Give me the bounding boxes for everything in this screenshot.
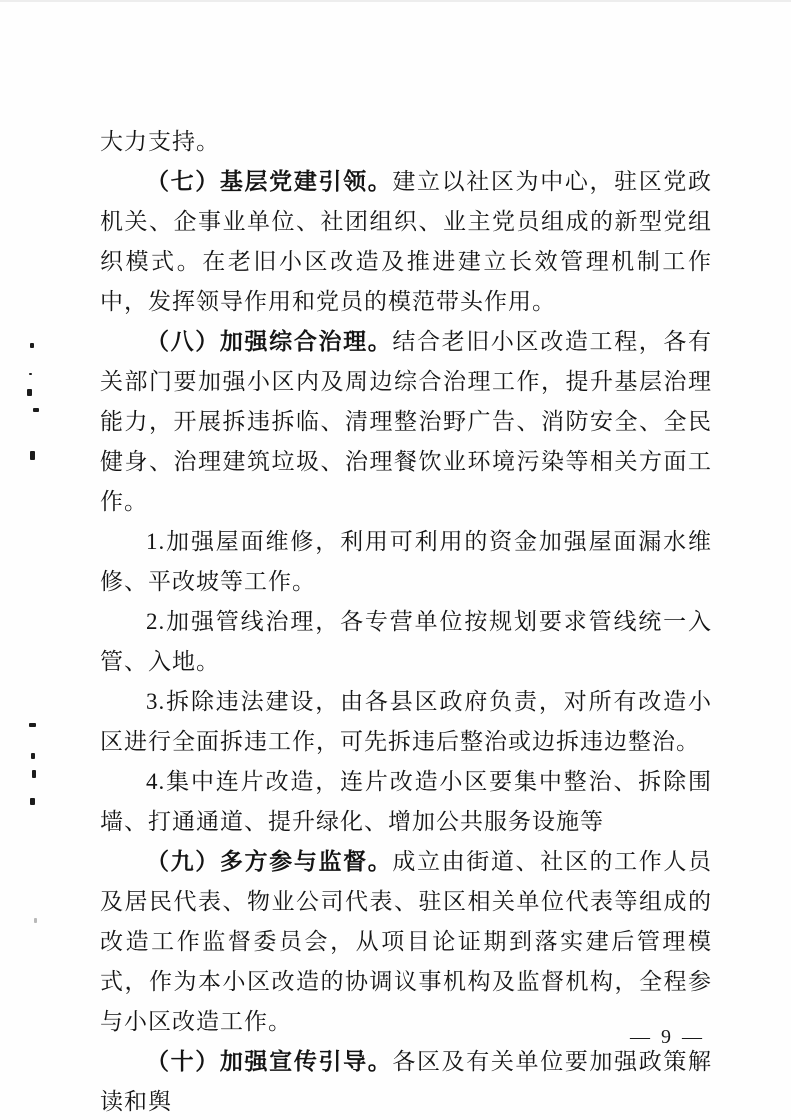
paragraph-section-9: （九）多方参与监督。成立由街道、社区的工作人员及居民代表、物业公司代表、驻区相关… bbox=[100, 842, 712, 1042]
section-heading: （七）基层党建引领。 bbox=[146, 169, 392, 194]
paragraph-section-7: （七）基层党建引领。建立以社区为中心，驻区党政机关、企事业单位、社团组织、业主党… bbox=[100, 162, 712, 322]
paragraph-text: 2.加强管线治理，各专营单位按规划要求管线统一入管、入地。 bbox=[100, 609, 712, 674]
scan-artifact bbox=[32, 770, 36, 778]
paragraph-item-2: 2.加强管线治理，各专营单位按规划要求管线统一入管、入地。 bbox=[100, 602, 712, 682]
paragraph-text: 4.集中连片改造，连片改造小区要集中整治、拆除围墙、打通通道、提升绿化、增加公共… bbox=[100, 769, 712, 834]
paragraph-text: 3.拆除违法建设，由各县区政府负责，对所有改造小区进行全面拆违工作，可先拆违后整… bbox=[100, 689, 712, 754]
document-body: 大力支持。 （七）基层党建引领。建立以社区为中心，驻区党政机关、企事业单位、社团… bbox=[100, 122, 712, 1120]
scan-artifact bbox=[30, 451, 35, 460]
paragraph-item-1: 1.加强屋面维修，利用可利用的资金加强屋面漏水维修、平改坡等工作。 bbox=[100, 522, 712, 602]
scan-artifact bbox=[29, 723, 36, 727]
scan-artifact bbox=[27, 389, 32, 396]
paragraph-continuation: 大力支持。 bbox=[100, 122, 712, 162]
paragraph-section-10: （十）加强宣传引导。各区及有关单位要加强政策解读和舆 bbox=[100, 1042, 712, 1120]
scan-artifact bbox=[31, 753, 35, 759]
document-page: 大力支持。 （七）基层党建引领。建立以社区为中心，驻区党政机关、企事业单位、社团… bbox=[0, 0, 791, 1120]
section-heading: （八）加强综合治理。 bbox=[146, 329, 392, 354]
paragraph-item-3: 3.拆除违法建设，由各县区政府负责，对所有改造小区进行全面拆违工作，可先拆违后整… bbox=[100, 682, 712, 762]
paragraph-text: 1.加强屋面维修，利用可利用的资金加强屋面漏水维修、平改坡等工作。 bbox=[100, 529, 712, 594]
scan-artifact bbox=[29, 373, 32, 375]
scan-artifact bbox=[33, 408, 39, 412]
scan-artifact bbox=[34, 918, 37, 923]
scan-artifact bbox=[30, 343, 34, 348]
page-number: — 9 — bbox=[630, 1026, 705, 1049]
section-heading: （十）加强宣传引导。 bbox=[146, 1049, 392, 1074]
section-heading: （九）多方参与监督。 bbox=[146, 849, 392, 874]
paragraph-section-8: （八）加强综合治理。结合老旧小区改造工程，各有关部门要加强小区内及周边综合治理工… bbox=[100, 322, 712, 522]
paragraph-item-4: 4.集中连片改造，连片改造小区要集中整治、拆除围墙、打通通道、提升绿化、增加公共… bbox=[100, 762, 712, 842]
paragraph-text: 大力支持。 bbox=[100, 129, 220, 154]
scan-artifact bbox=[30, 798, 35, 805]
paragraph-text: 结合老旧小区改造工程，各有关部门要加强小区内及周边综合治理工作，提升基层治理能力… bbox=[100, 329, 712, 514]
paragraph-text: 成立由街道、社区的工作人员及居民代表、物业公司代表、驻区相关单位代表等组成的改造… bbox=[100, 849, 712, 1034]
